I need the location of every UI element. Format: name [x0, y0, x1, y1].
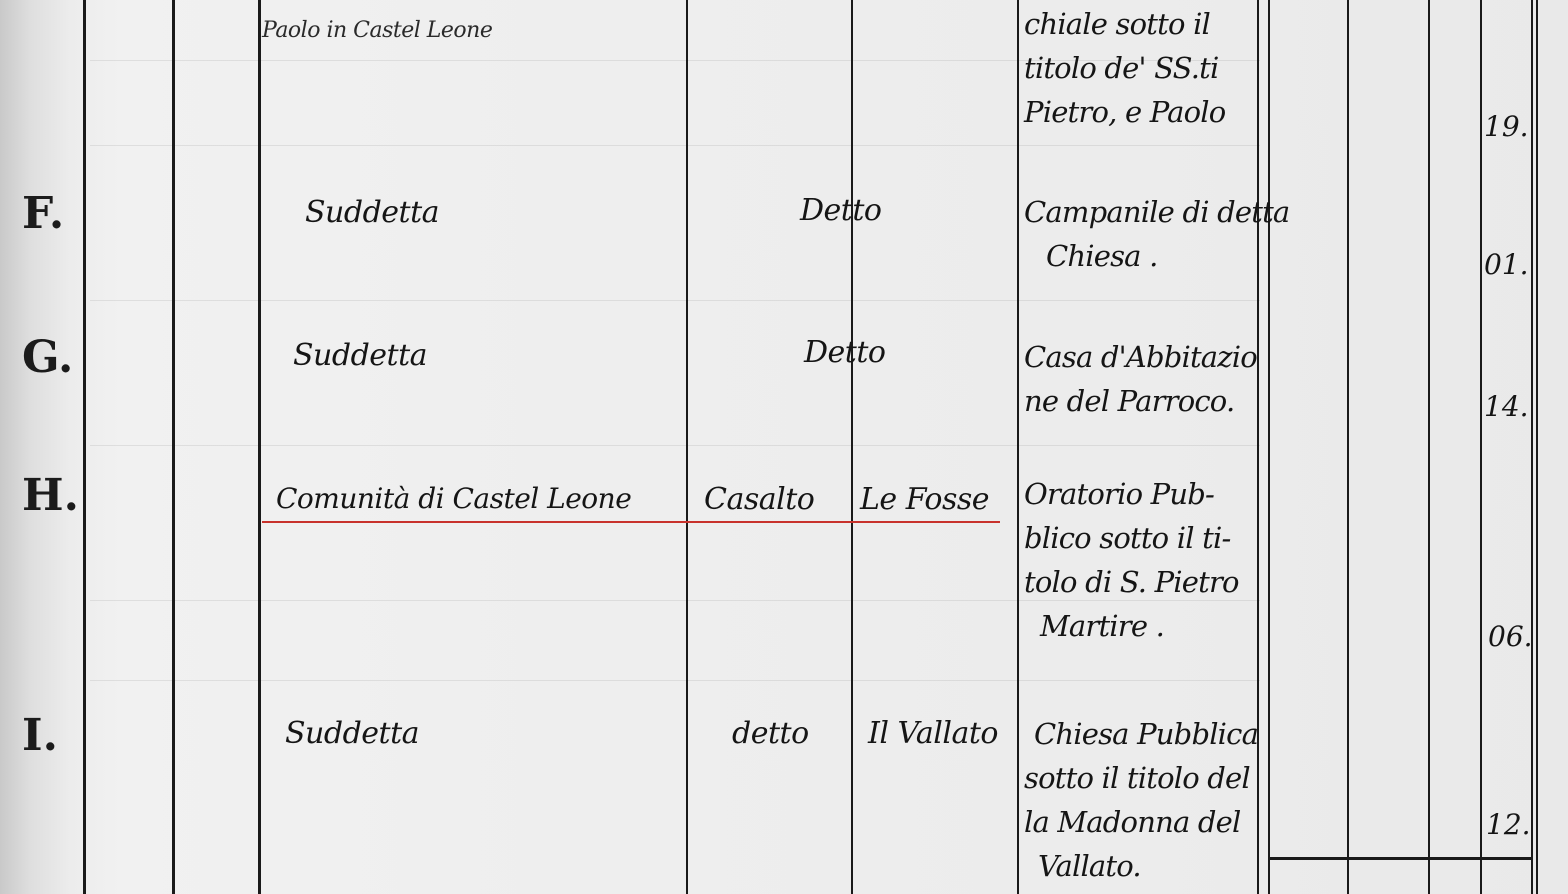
locality-cell: Detto — [804, 335, 885, 370]
description-line: titolo de' SS.ti — [1024, 46, 1260, 90]
continued-owner-fragment: Paolo in Castel Leone — [262, 18, 492, 43]
locality-cell: Detto — [800, 193, 881, 228]
place-cell: Il Vallato — [868, 716, 998, 751]
red-underline-annotation — [262, 521, 1000, 523]
column-rule — [172, 0, 175, 894]
column-rule — [686, 0, 688, 894]
ruled-line — [90, 445, 1260, 446]
column-rule — [1480, 0, 1482, 894]
column-rule — [1017, 0, 1019, 894]
owner-cell: Suddetta — [293, 338, 427, 373]
description-line: Vallato. — [1024, 844, 1260, 888]
description-line: blico sotto il ti- — [1024, 516, 1260, 560]
locality-cell: detto — [732, 716, 809, 751]
place-cell: Le Fosse — [860, 482, 989, 517]
description-line: Casa d'Abbitazio — [1024, 335, 1260, 379]
column-rule — [1268, 0, 1270, 894]
description-line: sotto il titolo del — [1024, 756, 1260, 800]
parcel-number: 14. — [1484, 390, 1529, 423]
description-line: Chiesa . — [1024, 234, 1260, 278]
ledger-page: Paolo in Castel Leone chiale sotto il ti… — [0, 0, 1568, 894]
owner-cell: Suddetta — [285, 716, 419, 751]
description-cell: Chiesa Pubblica sotto il titolo del la M… — [1024, 712, 1260, 888]
continued-description: chiale sotto il titolo de' SS.ti Pietro,… — [1024, 2, 1260, 134]
row-label: G. — [22, 332, 73, 383]
owner-cell: Suddetta — [305, 195, 439, 230]
description-cell: Oratorio Pub- blico sotto il ti- tolo di… — [1024, 472, 1260, 648]
description-line: Martire . — [1024, 604, 1260, 648]
parcel-number: 19. — [1484, 110, 1529, 143]
description-line: tolo di S. Pietro — [1024, 560, 1260, 604]
description-line: ne del Parroco. — [1024, 379, 1260, 423]
column-rule — [1536, 0, 1538, 894]
locality-cell: Casalto — [704, 482, 814, 517]
parcel-number: 01. — [1484, 248, 1529, 281]
column-rule — [1347, 0, 1349, 894]
row-label: I. — [22, 710, 58, 761]
row-label: H. — [22, 470, 79, 521]
description-line: chiale sotto il — [1024, 2, 1260, 46]
description-line: Pietro, e Paolo — [1024, 90, 1260, 134]
parcel-number: 06. — [1488, 620, 1533, 653]
row-label: F. — [22, 188, 64, 239]
description-line: Oratorio Pub- — [1024, 472, 1260, 516]
description-cell: Campanile di detta Chiesa . — [1024, 190, 1260, 278]
description-line: Chiesa Pubblica — [1024, 712, 1260, 756]
ruled-line — [90, 680, 1260, 681]
ruled-line — [90, 300, 1260, 301]
column-rule — [1531, 0, 1533, 894]
column-rule — [258, 0, 261, 894]
column-rule — [1428, 0, 1430, 894]
ruled-line — [90, 145, 1260, 146]
column-rule — [83, 0, 86, 894]
total-rule — [1270, 857, 1532, 860]
column-rule — [851, 0, 853, 894]
owner-cell: Comunità di Castel Leone — [276, 482, 631, 515]
parcel-number: 12. — [1486, 808, 1531, 841]
description-cell: Casa d'Abbitazio ne del Parroco. — [1024, 335, 1260, 423]
description-line: Campanile di detta — [1024, 190, 1260, 234]
description-line: la Madonna del — [1024, 800, 1260, 844]
